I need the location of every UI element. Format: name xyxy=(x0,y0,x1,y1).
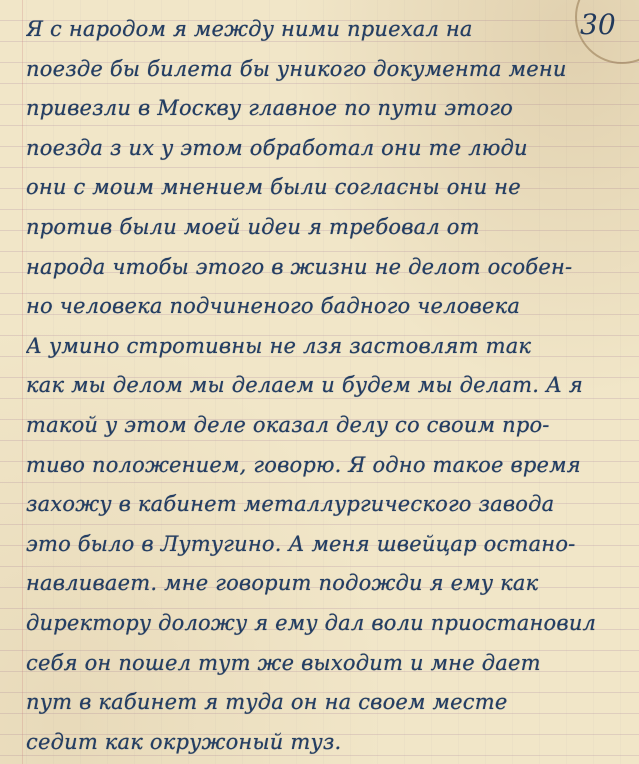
text-line: они с моим мнением были согласны они не xyxy=(26,168,609,208)
text-line: как мы делом мы делаем и будем мы делат.… xyxy=(26,366,609,406)
text-line: это было в Лутугино. А меня швейцар оста… xyxy=(26,525,609,565)
text-line: себя он пошел тут же выходит и мне дает xyxy=(26,644,609,684)
text-line: привезли в Москву главное по пути этого xyxy=(26,89,609,129)
text-line: захожу в кабинет металлургического завод… xyxy=(26,485,609,525)
text-line: но человека подчиненого бадного человека xyxy=(26,287,609,327)
text-line: такой у этом деле оказал делу со своим п… xyxy=(26,406,609,446)
text-line: поезда з их у этом обработал они те люди xyxy=(26,129,609,169)
text-line: тиво положением, говорю. Я одно такое вр… xyxy=(26,446,609,486)
handwritten-text: Я с народом я между ними приехал на поез… xyxy=(26,10,609,762)
text-line: народа чтобы этого в жизни не делот особ… xyxy=(26,248,609,288)
text-line: навливает. мне говорит подожди я ему как xyxy=(26,564,609,604)
text-line: директору доложу я ему дал воли приостан… xyxy=(26,604,609,644)
text-line: поезде бы билета бы уникого документа ме… xyxy=(26,50,609,90)
margin-line xyxy=(22,0,23,764)
text-line: Я с народом я между ними приехал на xyxy=(26,10,609,50)
text-line: седит как окружоный туз. xyxy=(26,723,609,763)
text-line: А умино стротивны не лзя застовлят так xyxy=(26,327,609,367)
notebook-page: 30 Я с народом я между ними приехал на п… xyxy=(0,0,639,764)
text-line: против были моей идеи я требовал от xyxy=(26,208,609,248)
text-line: пут в кабинет я туда он на своем месте xyxy=(26,683,609,723)
